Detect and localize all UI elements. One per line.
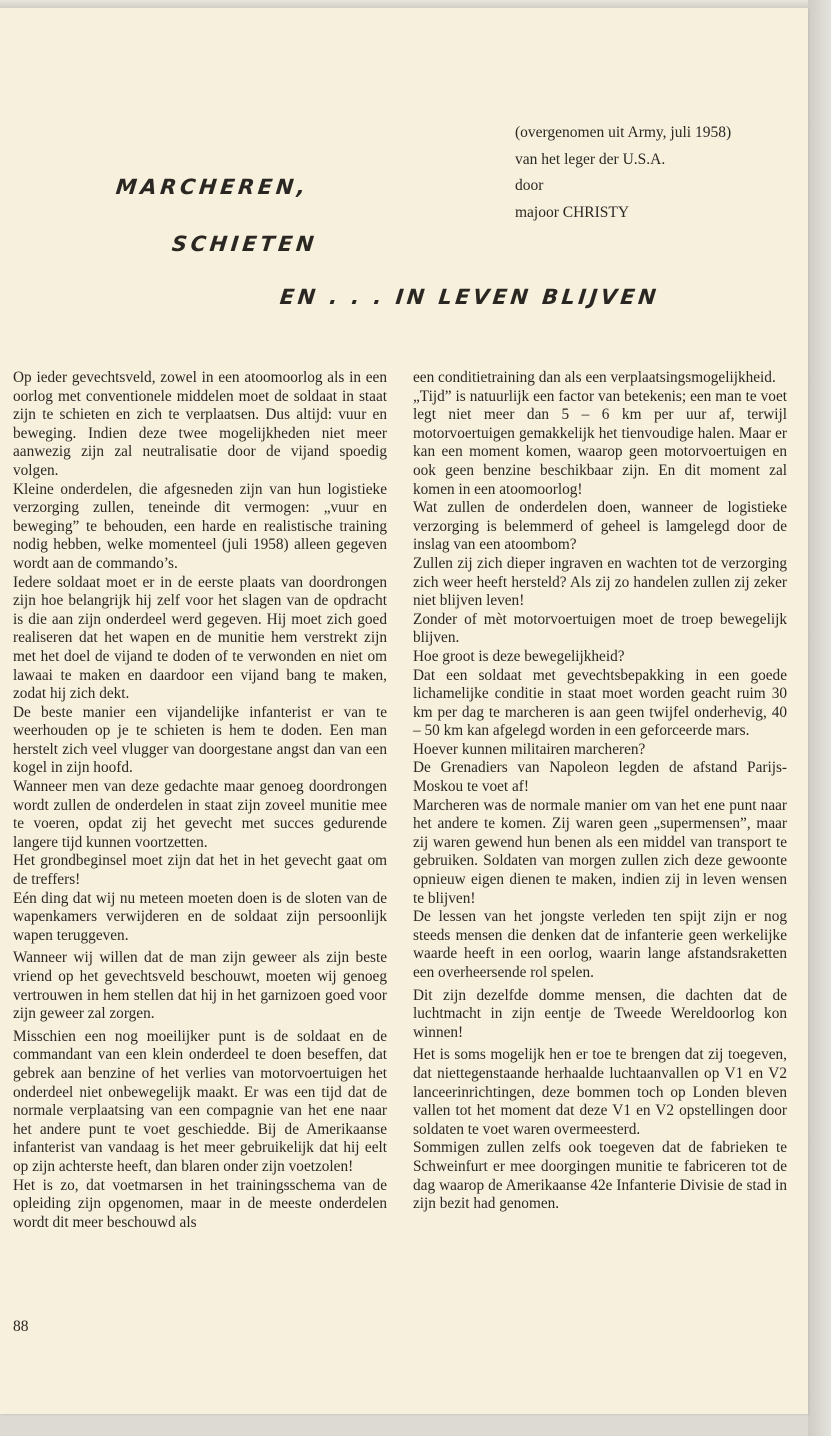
article-title-line-3: EN . . . IN LEVEN BLIJVEN [279, 285, 661, 309]
text-column-right: een conditietraining dan als een verplaa… [413, 369, 787, 1214]
paragraph: Marcheren was de normale manier om van h… [413, 797, 787, 909]
paragraph: De lessen van het jongste verleden ten s… [413, 908, 787, 982]
source-line-author: majoor CHRISTY [515, 200, 795, 227]
text-column-left: Op ieder gevechtsveld, zowel in een atoo… [13, 369, 387, 1232]
paragraph: Sommigen zullen zelfs ook toegeven dat d… [413, 1139, 787, 1213]
paragraph: Het grondbeginsel moet zijn dat het in h… [13, 852, 387, 889]
paragraph: Hoe groot is deze bewegelijkheid? [413, 648, 787, 667]
paragraph: „Tijd” is natuurlijk een factor van bete… [413, 388, 787, 500]
paragraph: Kleine onderdelen, die afgesneden zijn v… [13, 481, 387, 574]
paragraph: Dat een soldaat met gevechtsbepakking in… [413, 667, 787, 741]
paragraph: Misschien een nog moeilijker punt is de … [13, 1028, 387, 1177]
paragraph: Eén ding dat wij nu meteen moeten doen i… [13, 890, 387, 946]
article-title-line-2: SCHIETEN [171, 232, 319, 256]
paragraph: De beste manier een vijandelijke infante… [13, 704, 387, 778]
paragraph: Het is soms mogelijk hen er toe te breng… [413, 1046, 787, 1139]
paragraph: Op ieder gevechtsveld, zowel in een atoo… [13, 369, 387, 481]
article-source: (overgenomen uit Army, juli 1958) van he… [515, 120, 795, 226]
paragraph: Dit zijn dezelfde domme mensen, die dach… [413, 987, 787, 1043]
paragraph: Hoever kunnen militairen marcheren? [413, 741, 787, 760]
paragraph: een conditietraining dan als een verplaa… [413, 369, 787, 388]
paragraph: Zullen zij zich dieper ingraven en wacht… [413, 555, 787, 611]
source-line-origin: (overgenomen uit Army, juli 1958) [515, 120, 795, 147]
article-title-line-1: MARCHEREN, [115, 175, 310, 199]
paragraph: De Grenadiers van Napoleon legden de afs… [413, 759, 787, 796]
source-line-by: door [515, 173, 795, 200]
paragraph: Zonder of mèt motorvoertuigen moet de tr… [413, 611, 787, 648]
paragraph: Iedere soldaat moet er in de eerste plaa… [13, 574, 387, 704]
page-right-edge [808, 0, 831, 1436]
source-line-publisher: van het leger der U.S.A. [515, 147, 795, 174]
paragraph: Wanneer wij willen dat de man zijn gewee… [13, 949, 387, 1023]
paragraph: Het is zo, dat voetmarsen in het trainin… [13, 1177, 387, 1233]
paragraph: Wanneer men van deze gedachte maar genoe… [13, 778, 387, 852]
paragraph: Wat zullen de onderdelen doen, wanneer d… [413, 499, 787, 555]
page-number: 88 [13, 1318, 29, 1336]
